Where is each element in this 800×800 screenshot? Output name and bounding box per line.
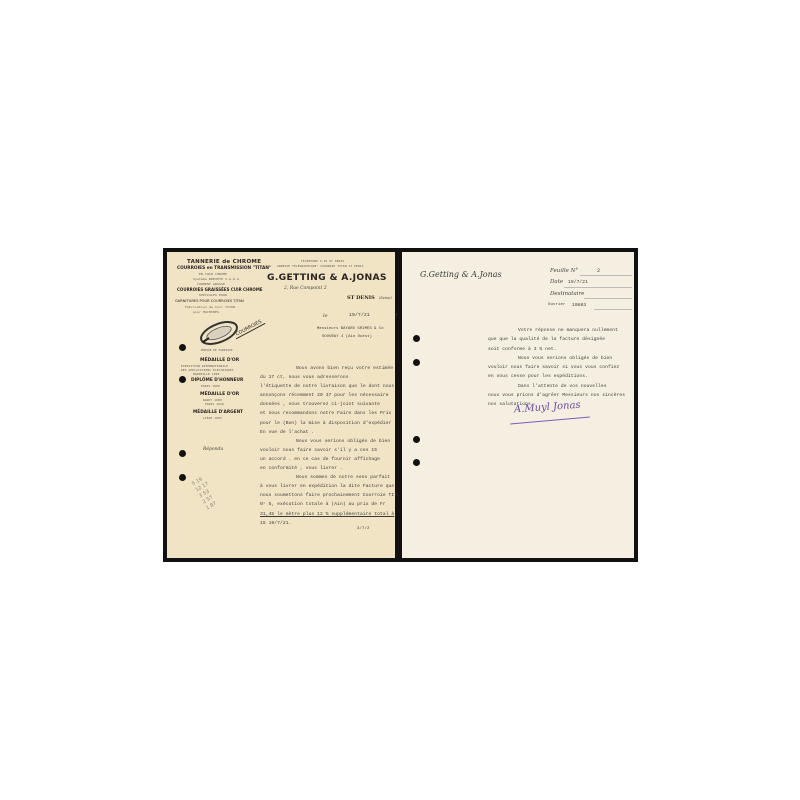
sidebar-line: Fabrication de Cuir TITAN (185, 305, 235, 309)
punch-hole (413, 459, 420, 466)
punch-hole (413, 436, 420, 443)
recipient-line: SOUVRAY 4 (Ain Ouest) (322, 335, 372, 339)
body-line: et nous recommandons notre Faire dans le… (260, 409, 403, 418)
body-line: données , vous trouverez ci-joint suivan… (260, 400, 403, 409)
body-line: un accord . en ce cas de fournir afficha… (260, 455, 403, 464)
award-line: LIÈGE 1905 (203, 416, 222, 420)
letter-body: Votre réponse ne manquera nullement que … (488, 326, 625, 410)
award-title: MÉDAILLE D'OR (200, 392, 239, 397)
sidebar-line: Système BREVETÉ S.G.D.G. (193, 277, 241, 281)
left-letter-page: TANNERIE de CHROME COURROIES en TRANSMIS… (163, 248, 399, 562)
field-label: Destinataire (550, 291, 584, 297)
sidebar-line: COURROIES en TRANSMISSION "TITAN" (177, 266, 271, 271)
sidebar-line: CURRENT GRASSE (197, 282, 225, 286)
field-rule (564, 287, 632, 288)
field-rule (594, 309, 632, 310)
telegraph-line: ADRESSE TÉLÉGRAPHIQUE: COURROIE TITAN ST… (277, 264, 364, 268)
company-city: ST DENIS (347, 295, 375, 301)
field-value: 10863 (572, 303, 586, 308)
punch-hole (413, 335, 420, 342)
award-line: MARSEILLE 1908 (193, 372, 219, 376)
punch-hole (179, 376, 186, 383)
sidebar-title: TANNERIE de CHROME (187, 259, 261, 265)
sidebar-line: EN CUIR CHROME (199, 272, 227, 276)
right-letter-page: G.Getting & A.Jonas Feuille N° 2 Date 19… (398, 248, 638, 562)
field-rule (580, 275, 632, 276)
body-line: N° 5, exécution totale à (Ain) au prix d… (260, 500, 403, 509)
letter-date: 19/7/21 (349, 313, 370, 318)
body-line: 15 19/7/21. (260, 519, 403, 528)
company-address: 2, Rue Compoint 2 (284, 286, 327, 291)
pencil-notes: 5 19 12 17 3 53 2 57 1 87 (191, 460, 259, 534)
body-line: en vous cesse pour les expéditions. (488, 372, 625, 381)
body-line: soit conforme à 3 % net. (488, 345, 625, 354)
field-value: 2 (597, 268, 600, 274)
body-line: En vue de l'achat . (260, 428, 403, 437)
script-letterhead: G.Getting & A.Jonas (420, 270, 502, 279)
field-label: Feuille N° (550, 268, 578, 274)
body-line: en conformité , vous livrer . (260, 464, 403, 473)
body-line: Nous vous serions obligés de bien (260, 437, 403, 446)
award-title: MÉDAILLE D'OR (200, 358, 239, 363)
sidebar-line: GARNITURES POUR COURROIES TITAN (175, 299, 244, 303)
punch-hole (179, 344, 186, 351)
letter-body: Nous avons bien reçu votre estimée du 17… (260, 364, 403, 528)
sidebar-line: pour MACHINES (193, 310, 219, 314)
body-line: à vous livrer en expédition la dite Fact… (260, 482, 403, 491)
body-line: Dans l'attente de vos nouvelles (488, 382, 625, 391)
body-line: vouloir nous faire savoir si vous vous c… (488, 363, 625, 372)
company-name: G.GETTING & A.JONAS (267, 272, 387, 283)
logo-caption: MARQUE DE FABRIQUE (201, 349, 233, 352)
punch-hole (179, 450, 186, 457)
field-value: 19/7/21 (568, 280, 588, 285)
award-title: DIPLÔME D'HONNEUR (191, 378, 243, 383)
body-line: nous vous prions d'agréer Messieurs nos … (488, 391, 625, 400)
body-line: annonçons récemment 20 37 pour les néces… (260, 391, 403, 400)
body-line: Nous sommes de notre sens parfait (260, 473, 403, 482)
recipient-line: Messieurs BAYARD GRIMES & Co (317, 327, 384, 331)
body-line: vouloir nous faire savoir s'il y a ces 1… (260, 446, 403, 455)
award-title: MÉDAILLE D'ARGENT (193, 410, 243, 415)
field-rule (584, 298, 632, 299)
punch-hole (179, 474, 186, 481)
body-line: 31,45 le mètre plus 12 % supplémentaire … (260, 510, 403, 519)
phone-line: TÉLÉPHONE 3-16 ST DENIS (301, 259, 344, 263)
body-line: nous soumettons faire prochainement Cour… (260, 491, 403, 500)
field-label: Ouvrier (548, 303, 566, 307)
margin-note: Répondu (203, 447, 223, 452)
footer-mark: 3/7/2 (357, 527, 370, 531)
body-line: Nous avons bien reçu votre estimée (260, 364, 403, 373)
award-line: PARIS 1910 (205, 402, 224, 406)
body-line: pour le (Bon) la mise à disposition d'ex… (260, 419, 403, 428)
punch-hole (413, 359, 420, 366)
field-label: Date (550, 279, 563, 285)
date-prefix: le (323, 313, 328, 319)
body-line: Nous vous serions obligés de bien (488, 354, 625, 363)
body-line: que que la qualité de la facture désigné… (488, 335, 625, 344)
signature-underline (510, 417, 590, 425)
sidebar-line: COURROIES GRAISSÉES CUIR CHROME (177, 287, 263, 292)
award-line: PARIS 1909 (201, 384, 220, 388)
body-line: Votre réponse ne manquera nullement (488, 326, 625, 335)
body-line: du 17 ct, nous vous adresserons (260, 373, 403, 382)
company-dept: (Seine) (379, 296, 392, 300)
body-line: l'étiquette de notre livraison que le do… (260, 382, 403, 391)
sidebar-line: SPECIALES POUR (199, 293, 227, 297)
